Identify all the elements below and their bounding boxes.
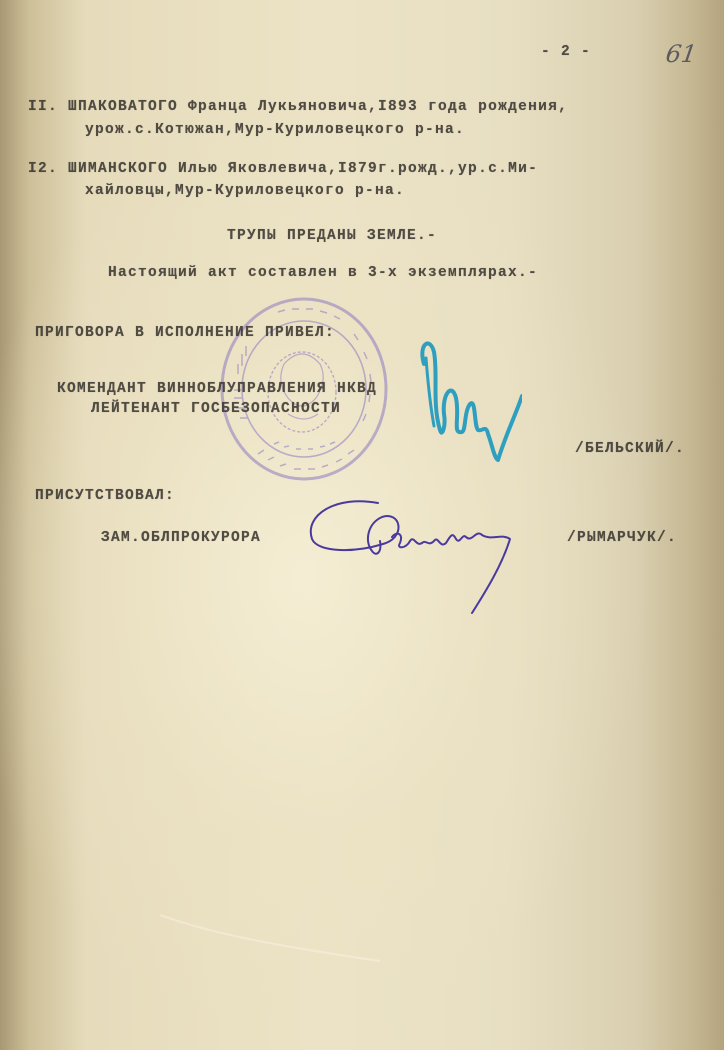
document-page: - 2 - 61 II. ШПАКОВАТОГО Франца Лукьянов…: [0, 0, 724, 1050]
prosecutor-signature-icon: [296, 495, 528, 615]
commandant-name: /БЕЛЬСКИЙ/.: [575, 441, 685, 457]
page-number: - 2 -: [541, 44, 591, 60]
handwritten-folio-number: 61: [664, 40, 698, 68]
burial-note: ТРУПЫ ПРЕДАНЫ ЗЕМЛЕ.-: [227, 228, 437, 244]
commandant-title-line-2: ЛЕЙТЕНАНТ ГОСБЕЗОПАСНОСТИ: [91, 401, 341, 417]
paper-crease-mark: [150, 905, 390, 965]
prosecutor-title: ЗАМ.ОБЛПРОКУРОРА: [101, 530, 261, 546]
present-label: ПРИСУТСТВОВАЛ:: [35, 488, 175, 504]
entry-12-line-1: I2. ШИМАНСКОГО Илью Яковлевича,I879г.рож…: [28, 161, 538, 177]
entry-12-line-2: хайловцы,Мур-Куриловецкого р-на.: [85, 183, 405, 199]
commandant-signature-icon: [412, 334, 522, 466]
prosecutor-name: /РЫМАРЧУК/.: [567, 530, 677, 546]
entry-11-line-2: урож.с.Котюжан,Мур-Куриловецкого р-на.: [85, 122, 465, 138]
entry-11-line-1: II. ШПАКОВАТОГО Франца Лукьяновича,I893 …: [28, 99, 568, 115]
executed-by-label: ПРИГОВОРА В ИСПОЛНЕНИЕ ПРИВЕЛ:: [35, 325, 335, 341]
commandant-title-line-1: КОМЕНДАНТ ВИННОБЛУПРАВЛЕНИЯ НКВД: [57, 381, 377, 397]
copies-note: Настоящий акт составлен в 3-х экземпляра…: [108, 265, 538, 281]
